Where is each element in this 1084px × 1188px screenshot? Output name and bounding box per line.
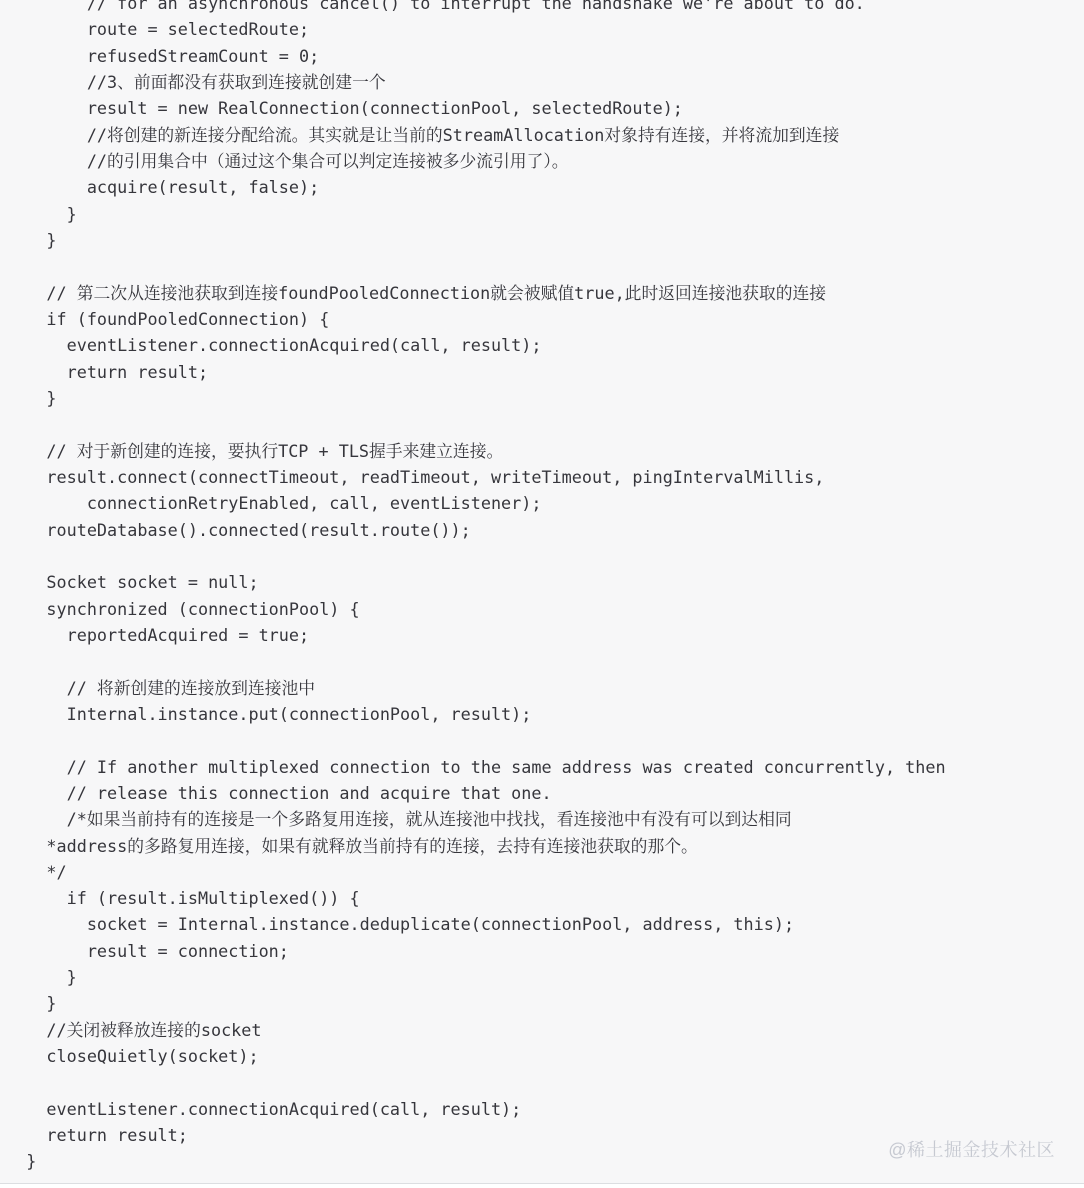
code-line: // 将新创建的连接放到连接池中 — [6, 675, 946, 701]
code-line: */ — [6, 859, 946, 885]
code-line: // If another multiplexed connection to … — [6, 754, 946, 780]
code-line: Socket socket = null; — [6, 569, 946, 595]
code-line: //3、前面都没有获取到连接就创建一个 — [6, 69, 946, 95]
juejin-watermark: @稀土掘金技术社区 — [888, 1136, 1055, 1162]
code-line: } — [6, 990, 946, 1016]
code-line: //将创建的新连接分配给流。其实就是让当前的StreamAllocation对象… — [6, 122, 946, 148]
code-line: socket = Internal.instance.deduplicate(c… — [6, 911, 946, 937]
code-line: } — [6, 201, 946, 227]
code-line: route = selectedRoute; — [6, 16, 946, 42]
code-line — [6, 253, 946, 279]
code-line: Internal.instance.put(connectionPool, re… — [6, 701, 946, 727]
code-line: acquire(result, false); — [6, 174, 946, 200]
code-line: routeDatabase().connected(result.route()… — [6, 517, 946, 543]
code-line: *address的多路复用连接，如果有就释放当前持有的连接，去持有连接池获取的那… — [6, 833, 946, 859]
code-line: eventListener.connectionAcquired(call, r… — [6, 332, 946, 358]
code-line: if (foundPooledConnection) { — [6, 306, 946, 332]
code-line: // for an asynchronous cancel() to inter… — [6, 0, 946, 16]
code-line — [6, 411, 946, 437]
code-line: reportedAcquired = true; — [6, 622, 946, 648]
code-line: /*如果当前持有的连接是一个多路复用连接，就从连接池中找找，看连接池中有没有可以… — [6, 806, 946, 832]
code-line: result.connect(connectTimeout, readTimeo… — [6, 464, 946, 490]
code-line: result = new RealConnection(connectionPo… — [6, 95, 946, 121]
code-line: closeQuietly(socket); — [6, 1043, 946, 1069]
code-snippet-screenshot: { "code_block": { "lines": [ " // for an… — [0, 0, 1084, 1188]
code-line: //的引用集合中（通过这个集合可以判定连接被多少流引用了）。 — [6, 148, 946, 174]
code-line: synchronized (connectionPool) { — [6, 596, 946, 622]
code-line: result = connection; — [6, 938, 946, 964]
code-line: if (result.isMultiplexed()) { — [6, 885, 946, 911]
code-line: // 第二次从连接池获取到连接foundPooledConnection就会被赋… — [6, 280, 946, 306]
code-line: refusedStreamCount = 0; — [6, 43, 946, 69]
code-line: connectionRetryEnabled, call, eventListe… — [6, 490, 946, 516]
code-line: } — [6, 227, 946, 253]
code-line: return result; — [6, 359, 946, 385]
code-line: } — [6, 385, 946, 411]
code-line — [6, 727, 946, 753]
code-line: //关闭被释放连接的socket — [6, 1017, 946, 1043]
code-line — [6, 648, 946, 674]
code-line: // release this connection and acquire t… — [6, 780, 946, 806]
code-block: // for an asynchronous cancel() to inter… — [0, 0, 1084, 1184]
code-line — [6, 1069, 946, 1095]
code-line: eventListener.connectionAcquired(call, r… — [6, 1096, 946, 1122]
code-line — [6, 543, 946, 569]
code-line: } — [6, 1148, 946, 1174]
code-content: // for an asynchronous cancel() to inter… — [6, 0, 946, 1175]
code-line: return result; — [6, 1122, 946, 1148]
code-line: // 对于新创建的连接，要执行TCP + TLS握手来建立连接。 — [6, 438, 946, 464]
code-line: } — [6, 964, 946, 990]
